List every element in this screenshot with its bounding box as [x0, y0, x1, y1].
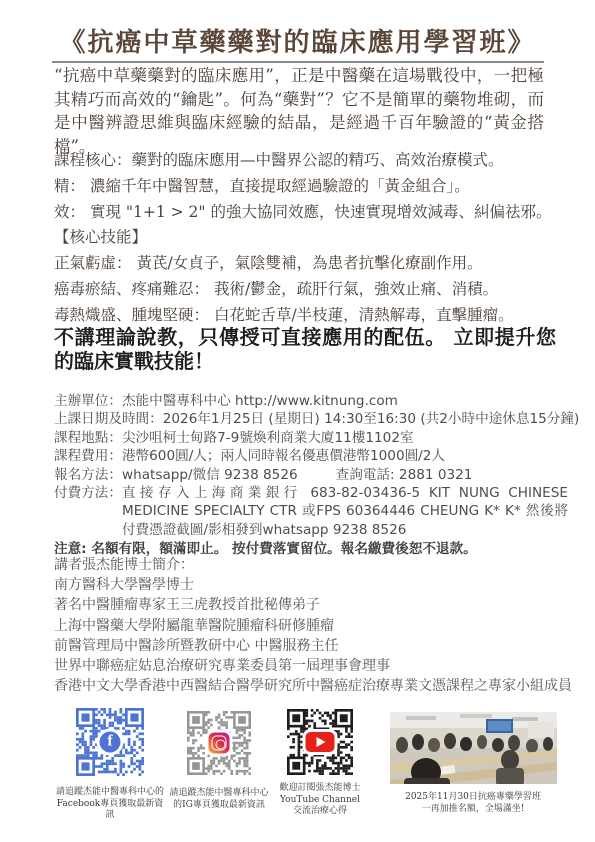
- course-section: 課程核心：藥對的臨床應用—中醫界公認的精巧、高效治療模式。 精： 濃縮千年中醫智…: [54, 148, 559, 329]
- youtube-caption-line: YouTube Channel: [246, 795, 394, 807]
- course-xiao-text: 實現 "1+1 > 2" 的強大協同效應，快速實現增效減毒、糾偏祛邪。: [85, 203, 551, 221]
- fee-value: 港幣600圓/人；兩人同時報名優惠價港幣1000圓/2人: [122, 448, 445, 464]
- date-time-row: 上課日期及時間：2026年1月25日 (星期日) 14:30至16:30 (共2…: [54, 410, 568, 428]
- speaker-credential: 上海中醫藥大學附屬龍華醫院腫瘤科研修腫瘤: [54, 616, 579, 636]
- organizer-row: 主辦單位：杰能中醫專科中心 http://www.kitnung.com: [54, 392, 568, 410]
- skill-label: 癌毒瘀結、疼痛難忍：: [54, 280, 209, 298]
- class-photo-caption-line: 2025年11月30日抗癌專藥學習班: [383, 792, 563, 804]
- registration-value: whatsapp/微信 9238 8526: [122, 467, 298, 483]
- course-xiao-label: 效：: [54, 203, 85, 221]
- skill-line: 正氣虧虛： 黃芪/女貞子，氣陰雙補，為患者抗擊化療副作用。: [54, 251, 559, 277]
- youtube-column: 歡迎訂閱張杰能博士 YouTube Channel 交流治療心得: [246, 708, 394, 818]
- intro-paragraph: “抗癌中草藥藥對的臨床應用”，正是中醫藥在這場戰役中，一把極其精巧而高效的“鑰匙…: [54, 64, 544, 158]
- course-xiao-line: 效： 實現 "1+1 > 2" 的強大協同效應，快速實現增效減毒、糾偏祛邪。: [54, 200, 559, 226]
- youtube-icon: [306, 732, 335, 752]
- speaker-section: 講者張杰能博士簡介： 南方醫科大學醫學博士 著名中醫腫瘤專家王三虎教授首批秘傳弟…: [54, 555, 579, 696]
- cta-statement: 不講理論說教，只傳授可直接應用的配伍。 立即提升您的臨床實戰技能！: [54, 326, 556, 373]
- footer-section: 請追蹤杰能中醫專科中心的Facebook專頁獲取最新資訊 請追蹤杰能中醫專科中心…: [0, 708, 595, 828]
- page-title: 《抗癌中草藥藥對的臨床應用學習班》: [0, 22, 595, 59]
- location-label: 課程地點：: [54, 430, 122, 446]
- payment-value: 直接存入上海商業銀行 683-82-03436-5 KIT NUNG CHINE…: [122, 484, 568, 539]
- course-core-label: 課程核心：: [54, 151, 132, 169]
- fee-row: 課程費用：港幣600圓/人；兩人同時報名優惠價港幣1000圓/2人: [54, 447, 568, 465]
- location-value: 尖沙咀柯士甸路7-9號煥利商業大廈11樓1102室: [122, 430, 414, 446]
- youtube-caption-line: 交流治療心得: [246, 806, 394, 818]
- speaker-credential: 香港中文大學香港中西醫結合醫學研究所中醫癌症治療專業文憑課程之專家小組成員: [54, 676, 579, 696]
- course-jing-text: 濃縮千年中醫智慧，直接提取經過驗證的「黃金組合」。: [85, 177, 470, 195]
- course-info-section: 主辦單位：杰能中醫專科中心 http://www.kitnung.com 上課日…: [54, 392, 568, 559]
- registration-row: 報名方法：whatsapp/微信 9238 8526查詢電話: 2881 032…: [54, 466, 568, 484]
- enquiry-phone: 查詢電話: 2881 0321: [336, 467, 473, 483]
- youtube-qr-code: [287, 709, 353, 775]
- speaker-credential: 南方醫科大學醫學博士: [54, 575, 579, 595]
- flyer-page: 《抗癌中草藥藥對的臨床應用學習班》 “抗癌中草藥藥對的臨床應用”，正是中醫藥在這…: [0, 0, 595, 842]
- course-core-line: 課程核心：藥對的臨床應用—中醫界公認的精巧、高效治療模式。: [54, 148, 559, 174]
- facebook-icon: [100, 732, 121, 753]
- skill-text: 白花蛇舌草/半枝蓮，清熱解毒，直擊腫瘤。: [209, 306, 514, 324]
- course-jing-label: 精：: [54, 177, 85, 195]
- instagram-icon: [209, 733, 230, 754]
- skill-text: 莪術/鬱金，疏肝行氣，強效止痛、消積。: [209, 280, 498, 298]
- facebook-qr-code: [76, 708, 144, 776]
- title-divider: [52, 61, 544, 63]
- class-photo-caption-line: 一再加推名額，全場滿坐!: [383, 804, 563, 816]
- organizer-label: 主辦單位：: [54, 393, 122, 409]
- fee-label: 課程費用：: [54, 448, 122, 464]
- classroom-photo: [390, 712, 557, 784]
- location-row: 課程地點：尖沙咀柯士甸路7-9號煥利商業大廈11樓1102室: [54, 429, 568, 447]
- instagram-qr-code: [187, 711, 251, 775]
- payment-row: 付費方法： 直接存入上海商業銀行 683-82-03436-5 KIT NUNG…: [54, 484, 568, 539]
- skills-heading: 【核心技能】: [54, 225, 559, 251]
- date-time-value: 2026年1月25日 (星期日) 14:30至16:30 (共2小時中途休息15…: [163, 411, 580, 427]
- youtube-caption: 歡迎訂閱張杰能博士 YouTube Channel 交流治療心得: [246, 783, 394, 818]
- skill-line: 癌毒瘀結、疼痛難忍： 莪術/鬱金，疏肝行氣，強效止痛、消積。: [54, 277, 559, 303]
- course-jing-line: 精： 濃縮千年中醫智慧，直接提取經過驗證的「黃金組合」。: [54, 174, 559, 200]
- registration-label: 報名方法：: [54, 467, 122, 483]
- speaker-credential: 前醫管理局中醫診所暨教研中心 中醫服務主任: [54, 636, 579, 656]
- date-time-label: 上課日期及時間：: [54, 411, 163, 427]
- skill-text: 黃芪/女貞子，氣陰雙補，為患者抗擊化療副作用。: [132, 254, 483, 272]
- organizer-value: 杰能中醫專科中心 http://www.kitnung.com: [122, 393, 398, 409]
- skill-label: 正氣虧虛：: [54, 254, 132, 272]
- speaker-credential: 著名中醫腫瘤專家王三虎教授首批秘傳弟子: [54, 595, 579, 615]
- skill-label: 毒熱熾盛、腫塊堅硬：: [54, 306, 209, 324]
- youtube-caption-line: 歡迎訂閱張杰能博士: [246, 783, 394, 795]
- speaker-credential: 世界中聯癌症姑息治療研究專業委員第一屆理事會理事: [54, 656, 579, 676]
- class-photo-caption: 2025年11月30日抗癌專藥學習班 一再加推名額，全場滿坐!: [383, 792, 563, 815]
- payment-label: 付費方法：: [54, 484, 122, 539]
- speaker-heading: 講者張杰能博士簡介：: [54, 555, 579, 575]
- class-photo-column: 2025年11月30日抗癌專藥學習班 一再加推名額，全場滿坐!: [383, 708, 563, 815]
- course-core-text: 藥對的臨床應用—中醫界公認的精巧、高效治療模式。: [132, 151, 504, 169]
